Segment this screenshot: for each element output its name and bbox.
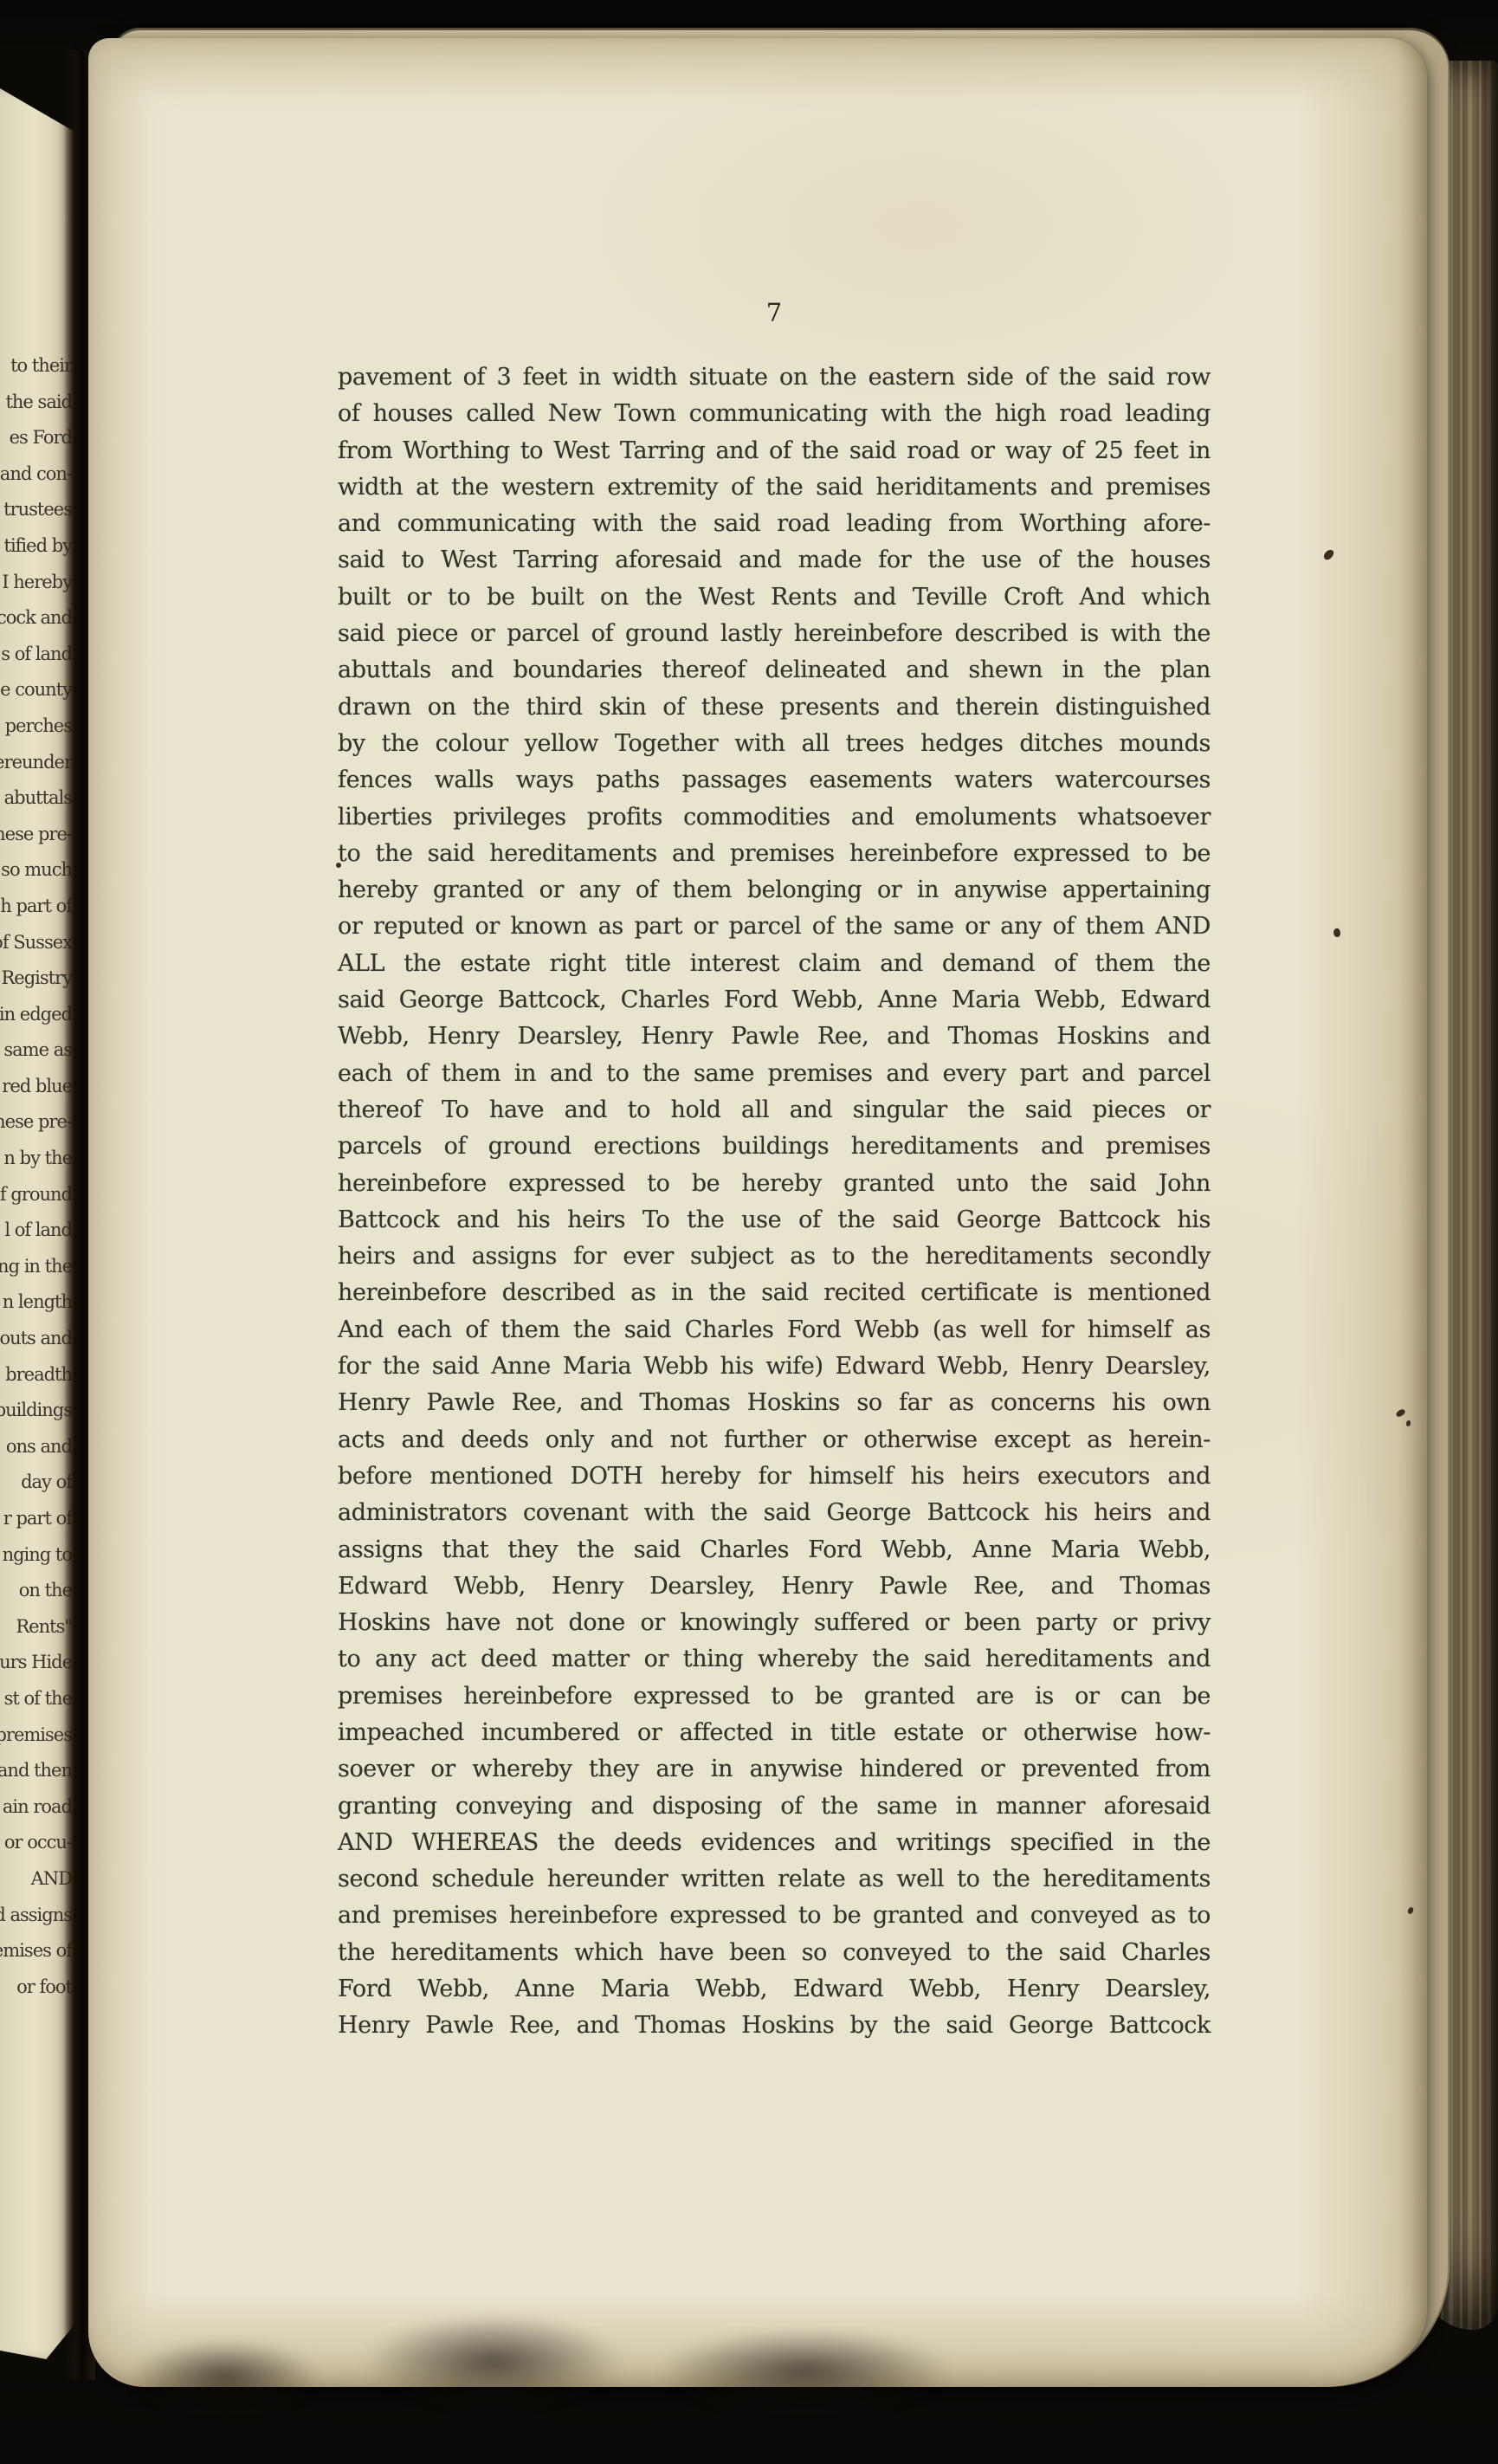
adjacent-page-fragment: urs Hide — [0, 1645, 72, 1681]
adjacent-page-fragment: outs and — [0, 1321, 72, 1357]
deed-text-line: liberties privileges profits commodities… — [338, 799, 1211, 836]
deed-text-line: and premises hereinbefore expressed to b… — [338, 1898, 1211, 1934]
deed-text-line: Webb, Henry Dearsley, Henry Pawle Ree, a… — [338, 1019, 1211, 1055]
deed-text-line: hereby granted or any of them belonging … — [338, 872, 1211, 909]
adjacent-page-fragment: on the — [0, 1573, 72, 1609]
adjacent-page-fragment: breadth — [0, 1357, 72, 1394]
deed-text-line: ALL the estate right title interest clai… — [338, 946, 1211, 982]
adjacent-page-fragment: ng in the — [0, 1249, 72, 1285]
deed-text-line: assigns that they the said Charles Ford … — [338, 1532, 1211, 1568]
adjacent-page-fragment: AND — [0, 1861, 72, 1898]
adjacent-page-fragment: Rents" — [0, 1609, 72, 1646]
deed-text-line: for the said Anne Maria Webb his wife) E… — [338, 1348, 1211, 1385]
adjacent-page-fragment: red blue — [0, 1069, 72, 1105]
deed-text-block: pavement of 3 feet in width situate on t… — [338, 359, 1211, 2045]
deed-text-line: before mentioned DOTH hereby for himself… — [338, 1458, 1211, 1495]
adjacent-page-fragment: of Sussex — [0, 925, 72, 961]
ink-speck — [336, 863, 341, 868]
adjacent-page-fragment: hese pre- — [0, 1104, 72, 1141]
ink-speck — [1322, 548, 1335, 562]
deed-text-line: width at the western extremity of the sa… — [338, 469, 1211, 506]
bottom-edge-smudge — [130, 2338, 320, 2416]
deed-text-line: and communicating with the said road lea… — [338, 506, 1211, 542]
adjacent-page-fragment: emises of — [0, 1933, 72, 1969]
deed-text-line: administrators covenant with the said Ge… — [338, 1495, 1211, 1531]
bottom-edge-smudge — [364, 2314, 623, 2409]
page-number: 7 — [338, 298, 1211, 327]
deed-text-line: each of them in and to the same premises… — [338, 1056, 1211, 1092]
adjacent-page-fragment: in edged — [0, 997, 72, 1033]
deed-text-line: premises hereinbefore expressed to be gr… — [338, 1678, 1211, 1715]
adjacent-page-fragment: trustees — [0, 492, 72, 528]
deed-text-line: AND WHEREAS the deeds evidences and writ… — [338, 1825, 1211, 1861]
deed-text-line: drawn on the third skin of these present… — [338, 689, 1211, 726]
document-page: 7 pavement of 3 feet in width situate on… — [88, 38, 1427, 2387]
adjacent-page-fragment: nging to — [0, 1537, 72, 1574]
adjacent-page-fragment: d assigns — [0, 1898, 72, 1934]
adjacent-page-fragment: to their — [0, 348, 72, 385]
adjacent-page-line-endings: to theirthe saides Fordand con-trusteest… — [0, 348, 72, 2005]
adjacent-page-fragment: premises — [0, 1717, 72, 1754]
ink-speck — [1407, 1906, 1414, 1914]
adjacent-page-fragment: st of the — [0, 1681, 72, 1717]
book-scan: to theirthe saides Fordand con-trusteest… — [0, 0, 1498, 2464]
adjacent-page-fragment: or foot — [0, 1969, 72, 2006]
adjacent-page-fragment: and con- — [0, 456, 72, 493]
adjacent-page-fragment: es Ford — [0, 420, 72, 456]
deed-text-line: thereof To have and to hold all and sing… — [338, 1092, 1211, 1129]
deed-text-line: hereinbefore described as in the said re… — [338, 1275, 1211, 1311]
adjacent-page-fragment: h part of — [0, 889, 72, 925]
adjacent-page-fragment: perches — [0, 708, 72, 745]
adjacent-page-fragment: day of — [0, 1465, 72, 1501]
deed-text-line: Ford Webb, Anne Maria Webb, Edward Webb,… — [338, 1971, 1211, 2008]
deed-text-line: said to West Tarring aforesaid and made … — [338, 542, 1211, 579]
adjacent-page-fragment: I hereby — [0, 565, 72, 601]
adjacent-page-fragment: the said — [0, 385, 72, 421]
deed-text-line: second schedule hereunder written relate… — [338, 1861, 1211, 1898]
deed-text-line: or reputed or known as part or parcel of… — [338, 909, 1211, 945]
adjacent-page-fragment: f ground — [0, 1177, 72, 1213]
ink-speck — [1333, 928, 1342, 938]
adjacent-page-fragment: or occu- — [0, 1825, 72, 1861]
adjacent-page-fragment: n by the — [0, 1141, 72, 1177]
adjacent-page-fragment: hese pre- — [0, 817, 72, 853]
adjacent-page-fragment: so much — [0, 852, 72, 889]
deed-text-line: hereinbefore expressed to be hereby gran… — [338, 1166, 1211, 1202]
adjacent-page-fragment: ain road — [0, 1789, 72, 1826]
deed-text-line: said piece or parcel of ground lastly he… — [338, 616, 1211, 652]
adjacent-page-fragment: tified by — [0, 528, 72, 565]
deed-text-line: acts and deeds only and not further or o… — [338, 1422, 1211, 1458]
adjacent-page-fragment: ons and — [0, 1429, 72, 1465]
deed-text-line: by the colour yellow Together with all t… — [338, 726, 1211, 762]
adjacent-page-fragment: abuttals — [0, 780, 72, 817]
deed-text-line: Edward Webb, Henry Dearsley, Henry Pawle… — [338, 1568, 1211, 1605]
deed-text-line: from Worthing to West Tarring and of the… — [338, 433, 1211, 469]
adjacent-page-fragment: n length — [0, 1284, 72, 1321]
adjacent-page-fragment: and then — [0, 1753, 72, 1789]
deed-text-line: pavement of 3 feet in width situate on t… — [338, 359, 1211, 396]
deed-text-line: fences walls ways paths passages easemen… — [338, 762, 1211, 799]
deed-text-line: Hoskins have not done or knowingly suffe… — [338, 1605, 1211, 1641]
ink-speck — [1406, 1420, 1411, 1426]
adjacent-page-fragment: buildings — [0, 1393, 72, 1429]
deed-text-line: Battcock and his heirs To the use of the… — [338, 1202, 1211, 1238]
adjacent-page-fragment: ereunder — [0, 745, 72, 781]
deed-text-line: granting conveying and disposing of the … — [338, 1788, 1211, 1825]
deed-text-line: soever or whereby they are in anywise hi… — [338, 1751, 1211, 1788]
deed-text-line: Henry Pawle Ree, and Thomas Hoskins by t… — [338, 2008, 1211, 2044]
deed-text-line: abuttals and boundaries thereof delineat… — [338, 652, 1211, 689]
deed-text-line: of houses called New Town communicating … — [338, 396, 1211, 432]
deed-text-line: said George Battcock, Charles Ford Webb,… — [338, 982, 1211, 1019]
deed-text-line: impeached incumbered or affected in titl… — [338, 1715, 1211, 1751]
adjacent-page-fragment: s of land — [0, 637, 72, 673]
adjacent-page-fragment: same as — [0, 1032, 72, 1069]
adjacent-page-fragment: r part of — [0, 1501, 72, 1537]
deed-text-line: Henry Pawle Ree, and Thomas Hoskins so f… — [338, 1385, 1211, 1421]
deed-text-line: parcels of ground erections buildings he… — [338, 1129, 1211, 1165]
deed-text-line: built or to be built on the West Rents a… — [338, 579, 1211, 616]
deed-text-line: heirs and assigns for ever subject as to… — [338, 1238, 1211, 1275]
adjacent-page-fragment: Registry — [0, 960, 72, 997]
bottom-edge-smudge — [658, 2328, 952, 2415]
deed-text-line: to any act deed matter or thing whereby … — [338, 1641, 1211, 1678]
deed-text-line: And each of them the said Charles Ford W… — [338, 1312, 1211, 1348]
adjacent-page-fragment: l of land — [0, 1213, 72, 1249]
deed-text-line: the hereditaments which have been so con… — [338, 1935, 1211, 1971]
deed-text-line: to the said hereditaments and premises h… — [338, 836, 1211, 872]
ink-speck — [1395, 1407, 1406, 1418]
adjacent-page-fragment: e county — [0, 672, 72, 708]
adjacent-page-fragment: cock and — [0, 600, 72, 637]
